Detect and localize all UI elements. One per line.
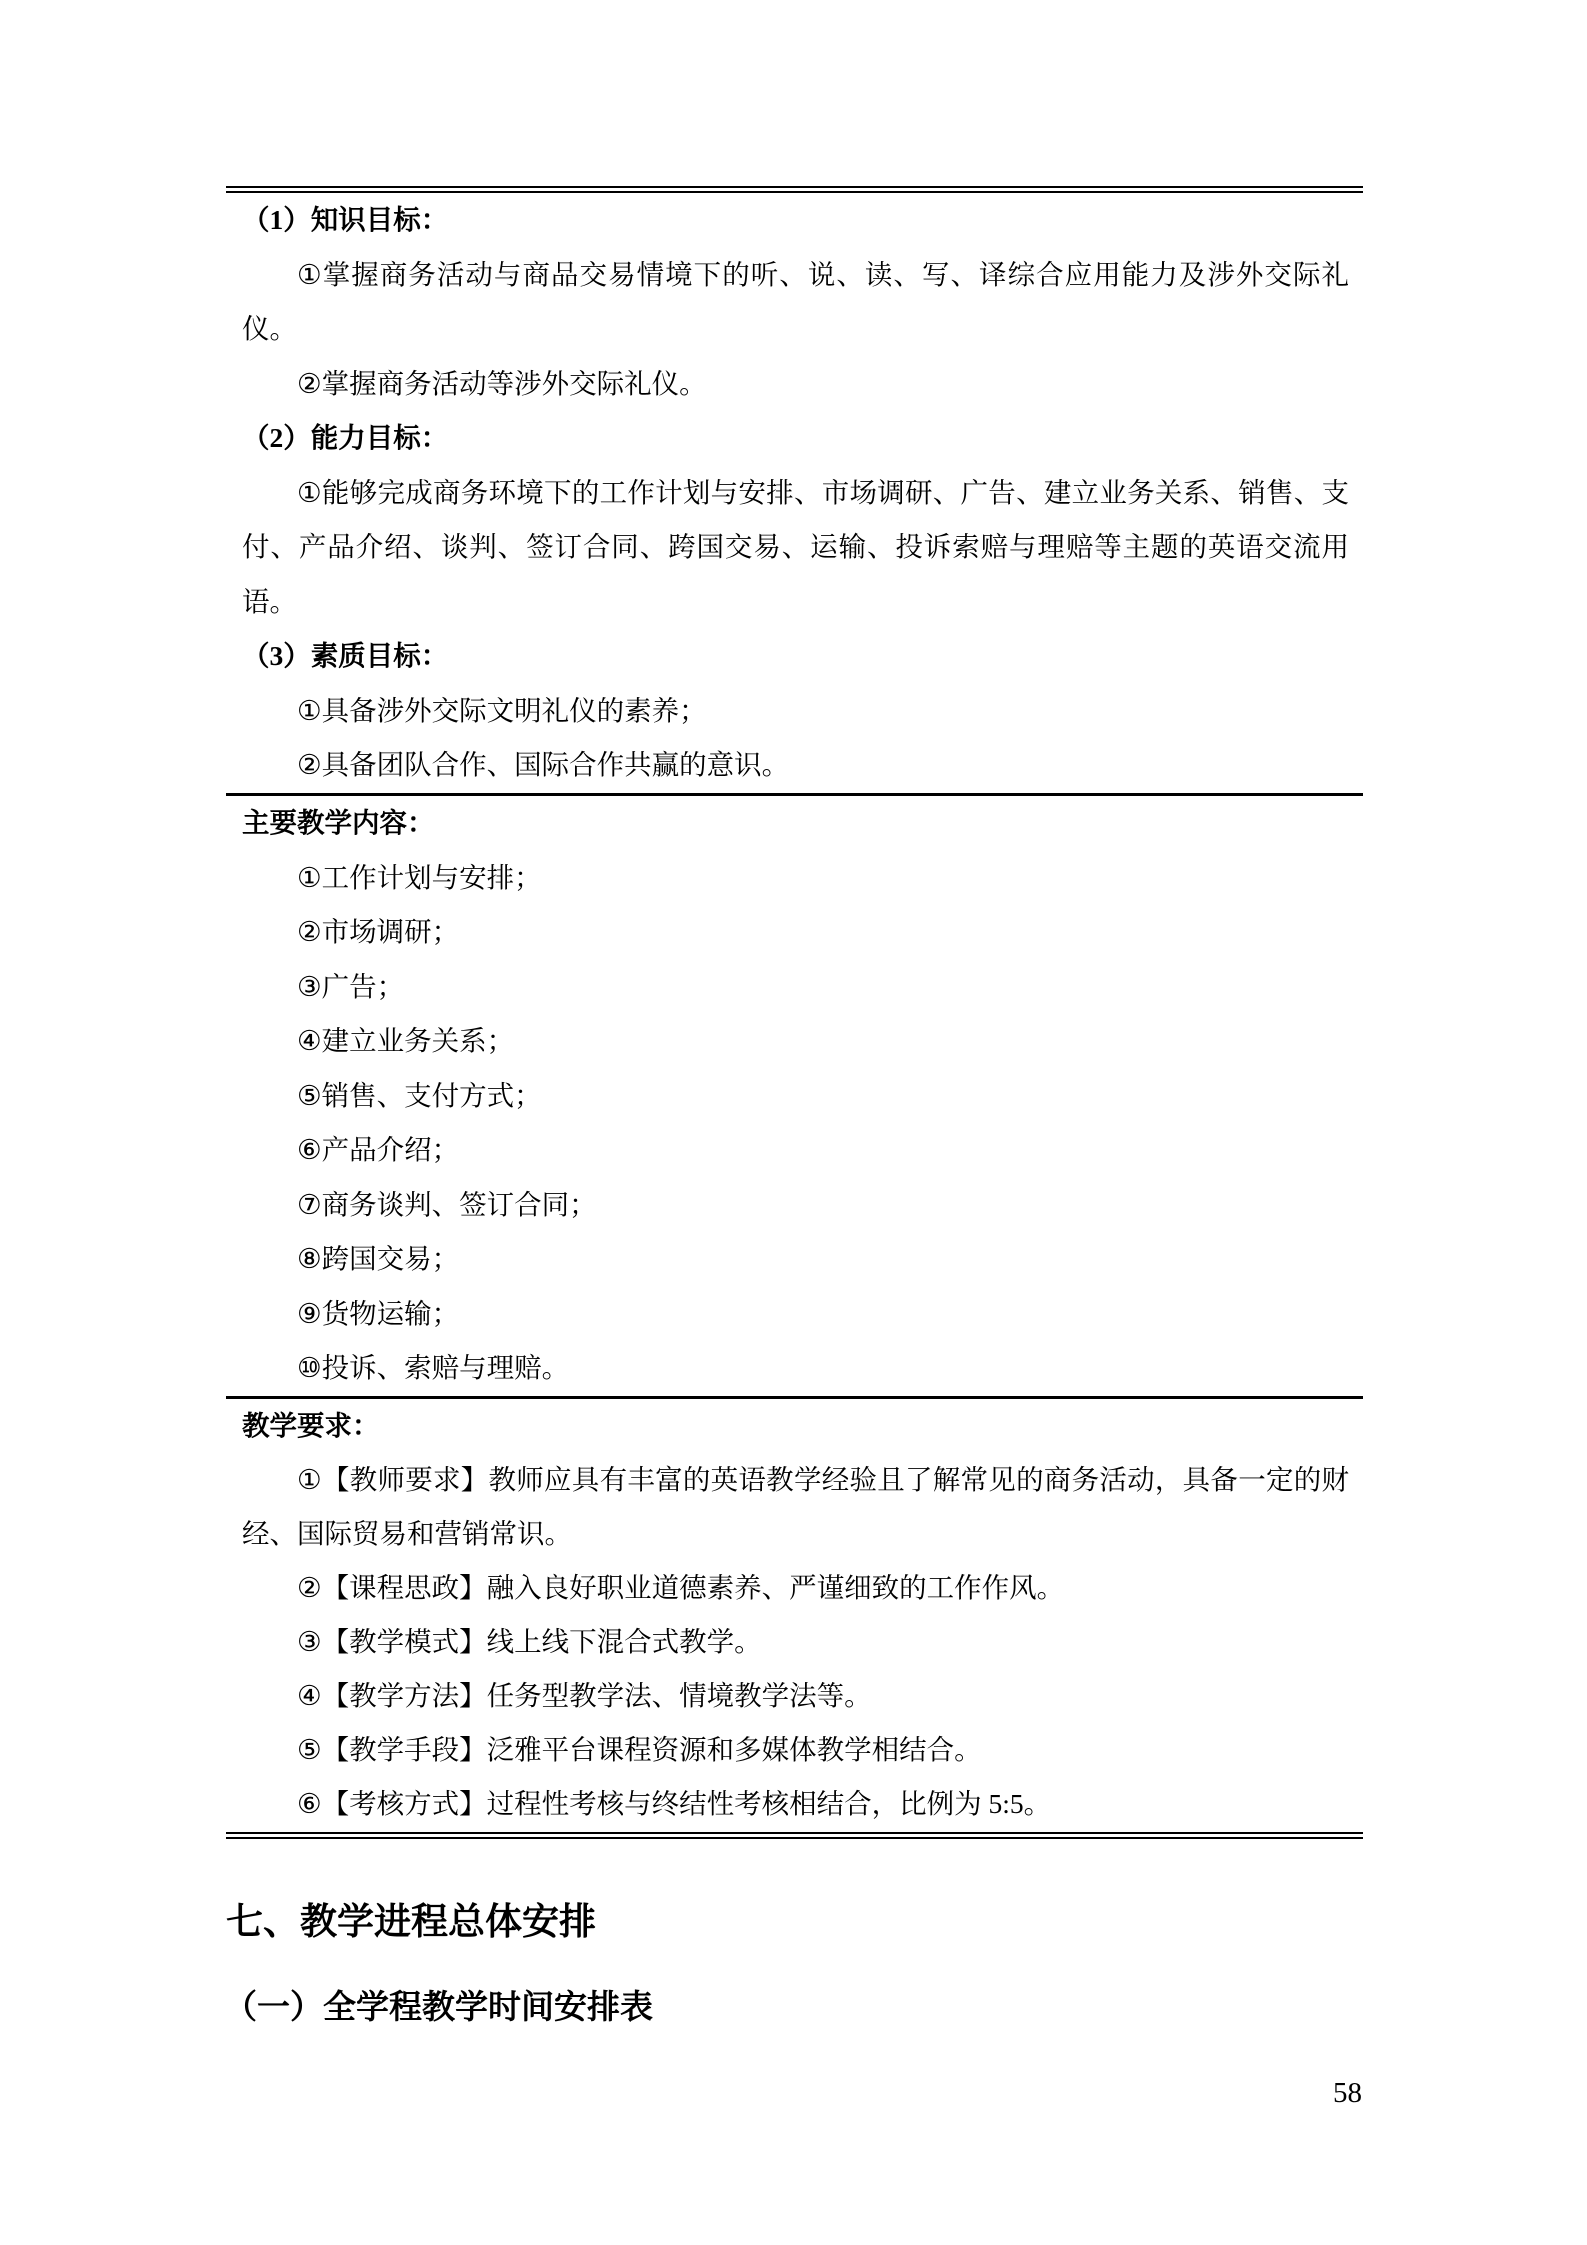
table-top-border xyxy=(226,186,1363,193)
row-label: 教学要求： xyxy=(242,1399,1349,1453)
row-item: ②掌握商务活动等涉外交际礼仪。 xyxy=(242,357,1349,412)
row-item: ⑧跨国交易； xyxy=(242,1232,1349,1287)
row-label: （3）素质目标： xyxy=(242,629,1349,684)
row-item: ④建立业务关系； xyxy=(242,1014,1349,1069)
course-description-table: （1）知识目标：①掌握商务活动与商品交易情境下的听、说、读、写、译综合应用能力及… xyxy=(226,186,1363,1839)
row-item: ⑤【教学手段】泛雅平台课程资源和多媒体教学相结合。 xyxy=(242,1723,1349,1777)
row-item: ②具备团队合作、国际合作共赢的意识。 xyxy=(242,738,1349,793)
row-item: ①【教师要求】教师应具有丰富的英语教学经验且了解常见的商务活动，具备一定的财经、… xyxy=(242,1453,1349,1561)
row-item: ⑩投诉、索赔与理赔。 xyxy=(242,1341,1349,1396)
document-page: （1）知识目标：①掌握商务活动与商品交易情境下的听、说、读、写、译综合应用能力及… xyxy=(0,0,1587,2245)
row-item: ③广告； xyxy=(242,960,1349,1015)
row-item: ⑥产品介绍； xyxy=(242,1123,1349,1178)
row-item: ⑥【考核方式】过程性考核与终结性考核相结合，比例为 5:5。 xyxy=(242,1777,1349,1831)
row-item: ①具备涉外交际文明礼仪的素养； xyxy=(242,684,1349,739)
row-item: ②【课程思政】融入良好职业道德素养、严谨细致的工作作风。 xyxy=(242,1561,1349,1615)
row-item: ①掌握商务活动与商品交易情境下的听、说、读、写、译综合应用能力及涉外交际礼仪。 xyxy=(242,248,1349,357)
row-item: ⑨货物运输； xyxy=(242,1287,1349,1342)
row-label: （1）知识目标： xyxy=(242,193,1349,248)
row-item: ④【教学方法】任务型教学法、情境教学法等。 xyxy=(242,1669,1349,1723)
page-number: 58 xyxy=(1333,2076,1362,2111)
row-label: （2）能力目标： xyxy=(242,411,1349,466)
row-item: ①工作计划与安排； xyxy=(242,851,1349,906)
subsection-heading: （一）全学程教学时间安排表 xyxy=(224,1986,653,2029)
table-bottom-border xyxy=(226,1832,1363,1839)
table-section-objectives: （1）知识目标：①掌握商务活动与商品交易情境下的听、说、读、写、译综合应用能力及… xyxy=(226,193,1363,793)
row-item: ③【教学模式】线上线下混合式教学。 xyxy=(242,1615,1349,1669)
row-label: 主要教学内容： xyxy=(242,796,1349,851)
row-item: ①能够完成商务环境下的工作计划与安排、市场调研、广告、建立业务关系、销售、支付、… xyxy=(242,466,1349,630)
table-section-teaching-content: 主要教学内容：①工作计划与安排；②市场调研；③广告；④建立业务关系；⑤销售、支付… xyxy=(226,796,1363,1396)
table-section-teaching-requirements: 教学要求：①【教师要求】教师应具有丰富的英语教学经验且了解常见的商务活动，具备一… xyxy=(226,1399,1363,1832)
row-item: ⑤销售、支付方式； xyxy=(242,1069,1349,1124)
chapter-heading: 七、教学进程总体安排 xyxy=(226,1898,596,1946)
row-item: ②市场调研； xyxy=(242,905,1349,960)
row-item: ⑦商务谈判、签订合同； xyxy=(242,1178,1349,1233)
